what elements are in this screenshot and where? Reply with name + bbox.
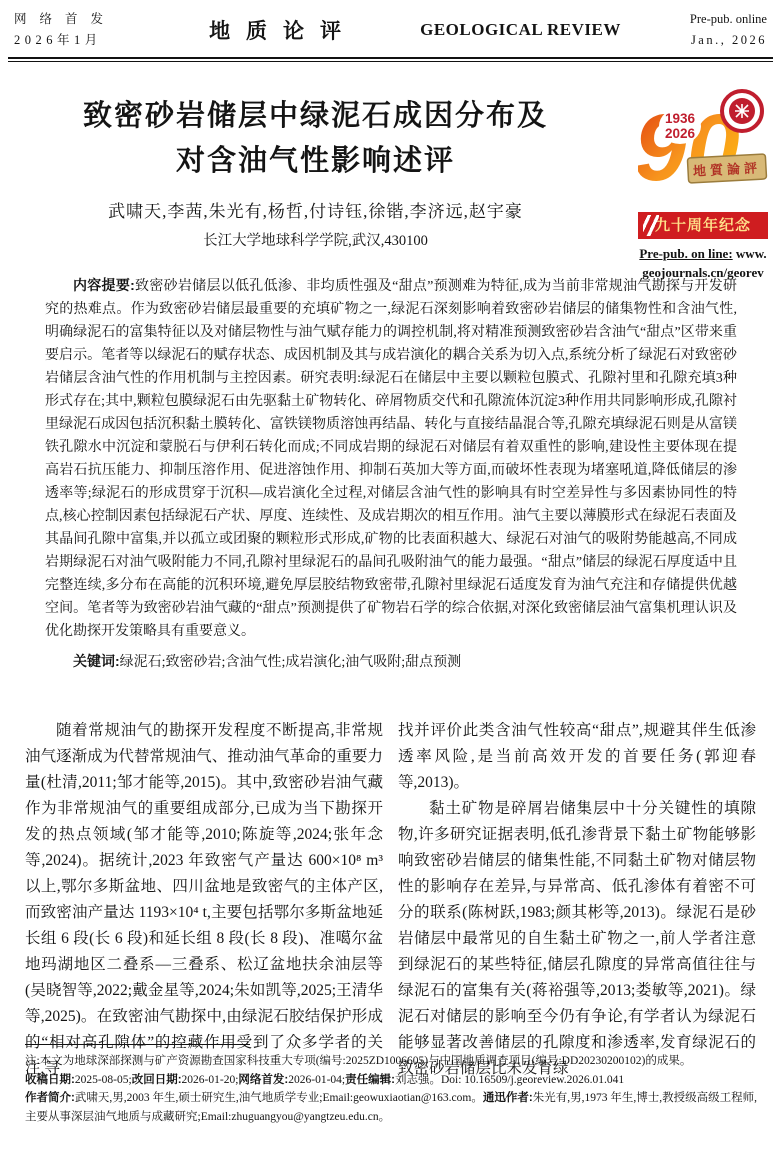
header-prepub-en: Pre-pub. online Jan., 2026 [690,9,767,51]
banner-slashes-icon [643,215,659,236]
body-paragraph-1: 随着常规油气的勘探开发程度不断提高,非常规油气逐渐成为代替常规油气、推动油气革命… [25,718,383,1082]
journal-title-en: GEOLOGICAL REVIEW [420,20,621,40]
prepub-url-line1: Pre-pub. on line: www. [638,244,768,263]
article-head: 致密砂岩储层中绿泥石成因分布及 对含油气性影响述评 武啸天,李茜,朱光有,杨哲,… [0,94,631,250]
journal-prepub-page: { "header": { "left_line1": "网络首发", "lef… [0,0,781,1162]
footnote-funding: 注:本文为地球深部探测与矿产资源勘查国家科技重大专项(编号:2025ZD1006… [25,1052,757,1071]
page-header: 网络首发 2026年1月 地质论评 GEOLOGICAL REVIEW Pre-… [0,0,781,56]
header-double-rule [8,57,773,62]
footnote-author-bio: 作者简介:武啸天,男,2003 年生,硕士研究生,油气地质学专业;Email:g… [25,1089,757,1126]
header-date-cn: 2026年1月 [14,30,116,51]
prepub-url-block: Pre-pub. on line: www. geojournals.cn/ge… [638,244,768,282]
badge-gold-banner: 地質論評 [687,154,766,183]
abstract-paragraph: 内容提要:致密砂岩储层以低孔低渗、非均质性强及“甜点”预测难为特征,成为当前非常… [45,274,737,643]
footnote-section: 注:本文为地球深部探测与矿产资源勘查国家科技重大专项(编号:2025ZD1006… [25,1044,757,1126]
article-title-line2: 对含油气性影响述评 [0,139,631,184]
footnote-rule [25,1044,250,1045]
header-prepub-en-line1: Pre-pub. online [690,9,767,30]
journal-seal-icon [722,91,762,131]
anniversary-badge: 90 1936 2026 地質論評 九十周年纪念 Pre-pub. on lin… [638,88,768,282]
badge-year-end: 2026 [665,126,696,141]
abstract-section: 内容提要:致密砂岩储层以低孔低渗、非均质性强及“甜点”预测难为特征,成为当前非常… [45,274,737,643]
right-column: 找并评价此类含油气性较高“甜点”,规避其伴生低渗透率风险,是当前高效开发的首要任… [398,718,756,1082]
anniversary-banner: 九十周年纪念 [638,212,768,239]
keywords-line: 关键词:绿泥石;致密砂岩;含油气性;成岩演化;油气吸附;甜点预测 [45,650,737,674]
affiliation: 长江大学地球科学学院,武汉,430100 [0,229,631,250]
author-list: 武啸天,李茜,朱光有,杨哲,付诗钰,徐锴,李济远,赵宇豪 [0,197,631,222]
journal-title-cn: 地质论评 [209,15,357,45]
keywords-label: 关键词: [73,653,120,669]
body-two-columns: 随着常规油气的勘探开发程度不断提高,非常规油气逐渐成为代替常规油气、推动油气革命… [0,718,781,1082]
prepub-www: www. [733,246,767,261]
article-title: 致密砂岩储层中绿泥石成因分布及 对含油气性影响述评 [0,94,631,184]
keywords-text: 绿泥石;致密砂岩;含油气性;成岩演化;油气吸附;甜点预测 [120,655,461,670]
anniversary-banner-text: 九十周年纪念 [655,217,751,234]
prepub-label: Pre-pub. on line: [639,246,732,261]
anniversary-90-logo-icon: 90 1936 2026 地質論評 [638,88,768,210]
article-title-line1: 致密砂岩储层中绿泥石成因分布及 [0,94,631,139]
body-paragraph-1-continued: 找并评价此类含油气性较高“甜点”,规避其伴生低渗透率风险,是当前高效开发的首要任… [398,718,756,796]
badge-year-start: 1936 [665,111,696,126]
header-prepub-cn-line1: 网络首发 [14,9,116,30]
left-column: 随着常规油气的勘探开发程度不断提高,非常规油气逐渐成为代替常规油气、推动油气革命… [25,718,383,1082]
abstract-text: 致密砂岩储层以低孔低渗、非均质性强及“甜点”预测难为特征,成为当前非常规油气勘探… [45,279,737,639]
abstract-label: 内容提要: [73,277,135,293]
header-date-en: Jan., 2026 [690,30,767,51]
prepub-url: geojournals.cn/georev [638,263,768,282]
header-prepub-cn: 网络首发 2026年1月 [14,9,116,51]
body-paragraph-2: 黏土矿物是碎屑岩储集层中十分关键性的填隙物,许多研究证据表明,低孔渗背景下黏土矿… [398,796,756,1082]
footnote-dates: 收稿日期:2025-08-05;改回日期:2026-01-20;网络首发:202… [25,1071,757,1090]
